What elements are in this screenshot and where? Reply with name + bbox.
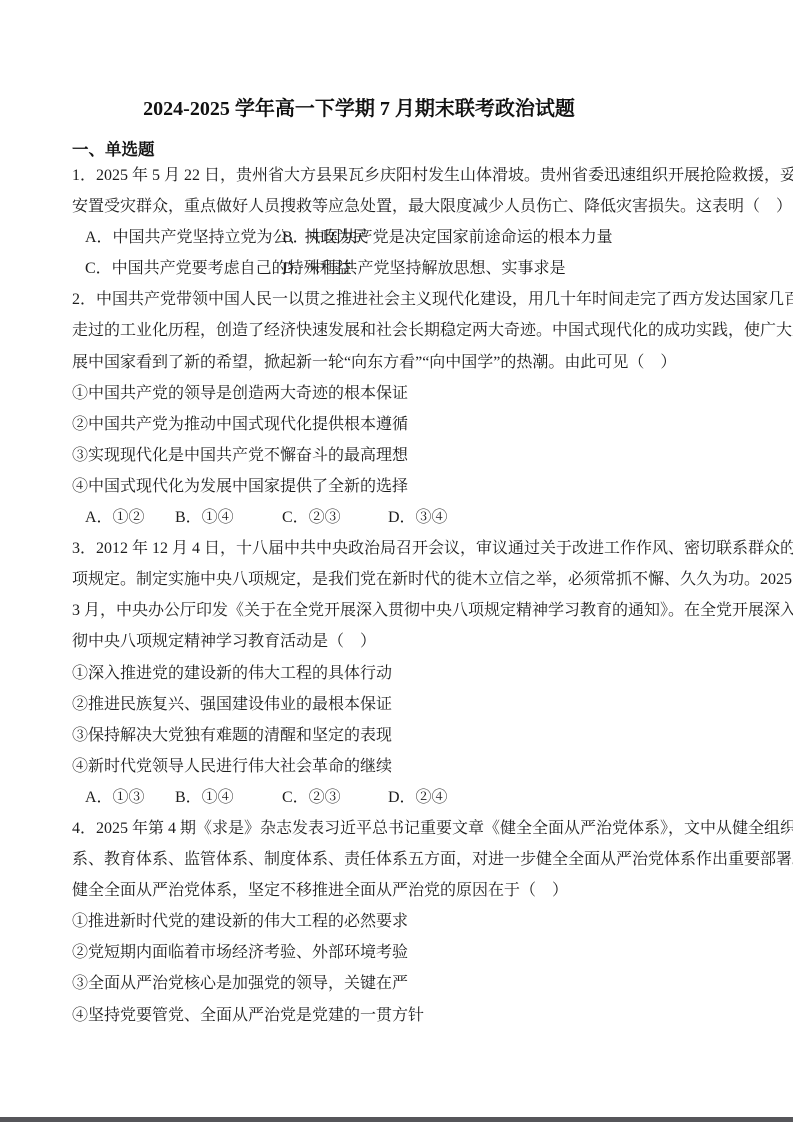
q1-options-row-cd: C．中国共产党要考虑自己的特殊利益D．中国共产党坚持解放思想、实事求是	[72, 253, 748, 284]
q3-item-1: ①深入推进党的建设新的伟大工程的具体行动	[72, 658, 748, 689]
q3-stem-line-3: 3 月，中央办公厅印发《关于在全党开展深入贯彻中央八项规定精神学习教育的通知》。…	[72, 595, 748, 626]
q3-stem-line-4: 彻中央八项规定精神学习教育活动是（ ）	[72, 626, 748, 657]
q2-options-row: A．①②B．①④C．②③D．③④	[72, 502, 748, 533]
q3-stem-line-1: 3．2012 年 12 月 4 日，十八届中共中央政治局召开会议，审议通过关于改…	[72, 533, 748, 564]
q1-stem-line-2: 安置受灾群众，重点做好人员搜救等应急处置，最大限度减少人员伤亡、降低灾害损失。这…	[72, 191, 748, 222]
q2-option-b: B．①④	[175, 502, 282, 533]
q3-option-c: C．②③	[282, 782, 388, 813]
q3-option-d: D．②④	[388, 789, 448, 806]
q3-item-4: ④新时代党领导人民进行伟大社会革命的继续	[72, 751, 748, 782]
q3-option-b: B．①④	[175, 782, 282, 813]
q2-option-c: C．②③	[282, 502, 388, 533]
q1-option-a: A．中国共产党坚持立党为公、执政为民	[85, 222, 282, 253]
q1-stem-line-1: 1．2025 年 5 月 22 日，贵州省大方县果瓦乡庆阳村发生山体滑坡。贵州省…	[72, 160, 748, 191]
q4-item-4: ④坚持党要管党、全面从严治党是党建的一贯方针	[72, 1000, 748, 1031]
q3-item-2: ②推进民族复兴、强国建设伟业的最根本保证	[72, 689, 748, 720]
q4-stem-line-3: 健全全面从严治党体系，坚定不移推进全面从严治党的原因在于（ ）	[72, 875, 748, 906]
q3-item-3: ③保持解决大党独有难题的清醒和坚定的表现	[72, 720, 748, 751]
page-title: 2024-2025 学年高一下学期 7 月期末联考政治试题	[72, 94, 646, 124]
q2-item-2: ②中国共产党为推动中国式现代化提供根本遵循	[72, 409, 748, 440]
q1-option-c: C．中国共产党要考虑自己的特殊利益	[85, 253, 282, 284]
q4-item-2: ②党短期内面临着市场经济考验、外部环境考验	[72, 937, 748, 968]
window-bottom-edge	[0, 1117, 793, 1122]
q3-options-row: A．①③B．①④C．②③D．②④	[72, 782, 748, 813]
q2-item-4: ④中国式现代化为发展中国家提供了全新的选择	[72, 471, 748, 502]
q4-item-3: ③全面从严治党核心是加强党的领导，关键在严	[72, 968, 748, 999]
q2-stem-line-3: 展中国家看到了新的希望，掀起新一轮“向东方看”“向中国学”的热潮。由此可见（ ）	[72, 347, 748, 378]
exam-body: 1．2025 年 5 月 22 日，贵州省大方县果瓦乡庆阳村发生山体滑坡。贵州省…	[72, 160, 748, 1031]
q2-option-d: D．③④	[388, 509, 448, 526]
q1-option-b: B．中国共产党是决定国家前途命运的根本力量	[282, 229, 613, 246]
q4-item-1: ①推进新时代党的建设新的伟大工程的必然要求	[72, 906, 748, 937]
q2-item-1: ①中国共产党的领导是创造两大奇迹的根本保证	[72, 378, 748, 409]
q2-option-a: A．①②	[85, 502, 175, 533]
q3-option-a: A．①③	[85, 782, 175, 813]
q4-stem-line-1: 4．2025 年第 4 期《求是》杂志发表习近平总书记重要文章《健全全面从严治党…	[72, 813, 748, 844]
q2-stem-line-1: 2．中国共产党带领中国人民一以贯之推进社会主义现代化建设，用几十年时间走完了西方…	[72, 284, 748, 315]
q1-options-row-ab: A．中国共产党坚持立党为公、执政为民B．中国共产党是决定国家前途命运的根本力量	[72, 222, 748, 253]
q1-option-d: D．中国共产党坚持解放思想、实事求是	[282, 260, 566, 277]
q2-stem-line-2: 走过的工业化历程，创造了经济快速发展和社会长期稳定两大奇迹。中国式现代化的成功实…	[72, 315, 748, 346]
q2-item-3: ③实现现代化是中国共产党不懈奋斗的最高理想	[72, 440, 748, 471]
q4-stem-line-2: 系、教育体系、监管体系、制度体系、责任体系五方面，对进一步健全全面从严治党体系作…	[72, 844, 748, 875]
q3-stem-line-2: 项规定。制定实施中央八项规定，是我们党在新时代的徙木立信之举，必须常抓不懈、久久…	[72, 564, 748, 595]
